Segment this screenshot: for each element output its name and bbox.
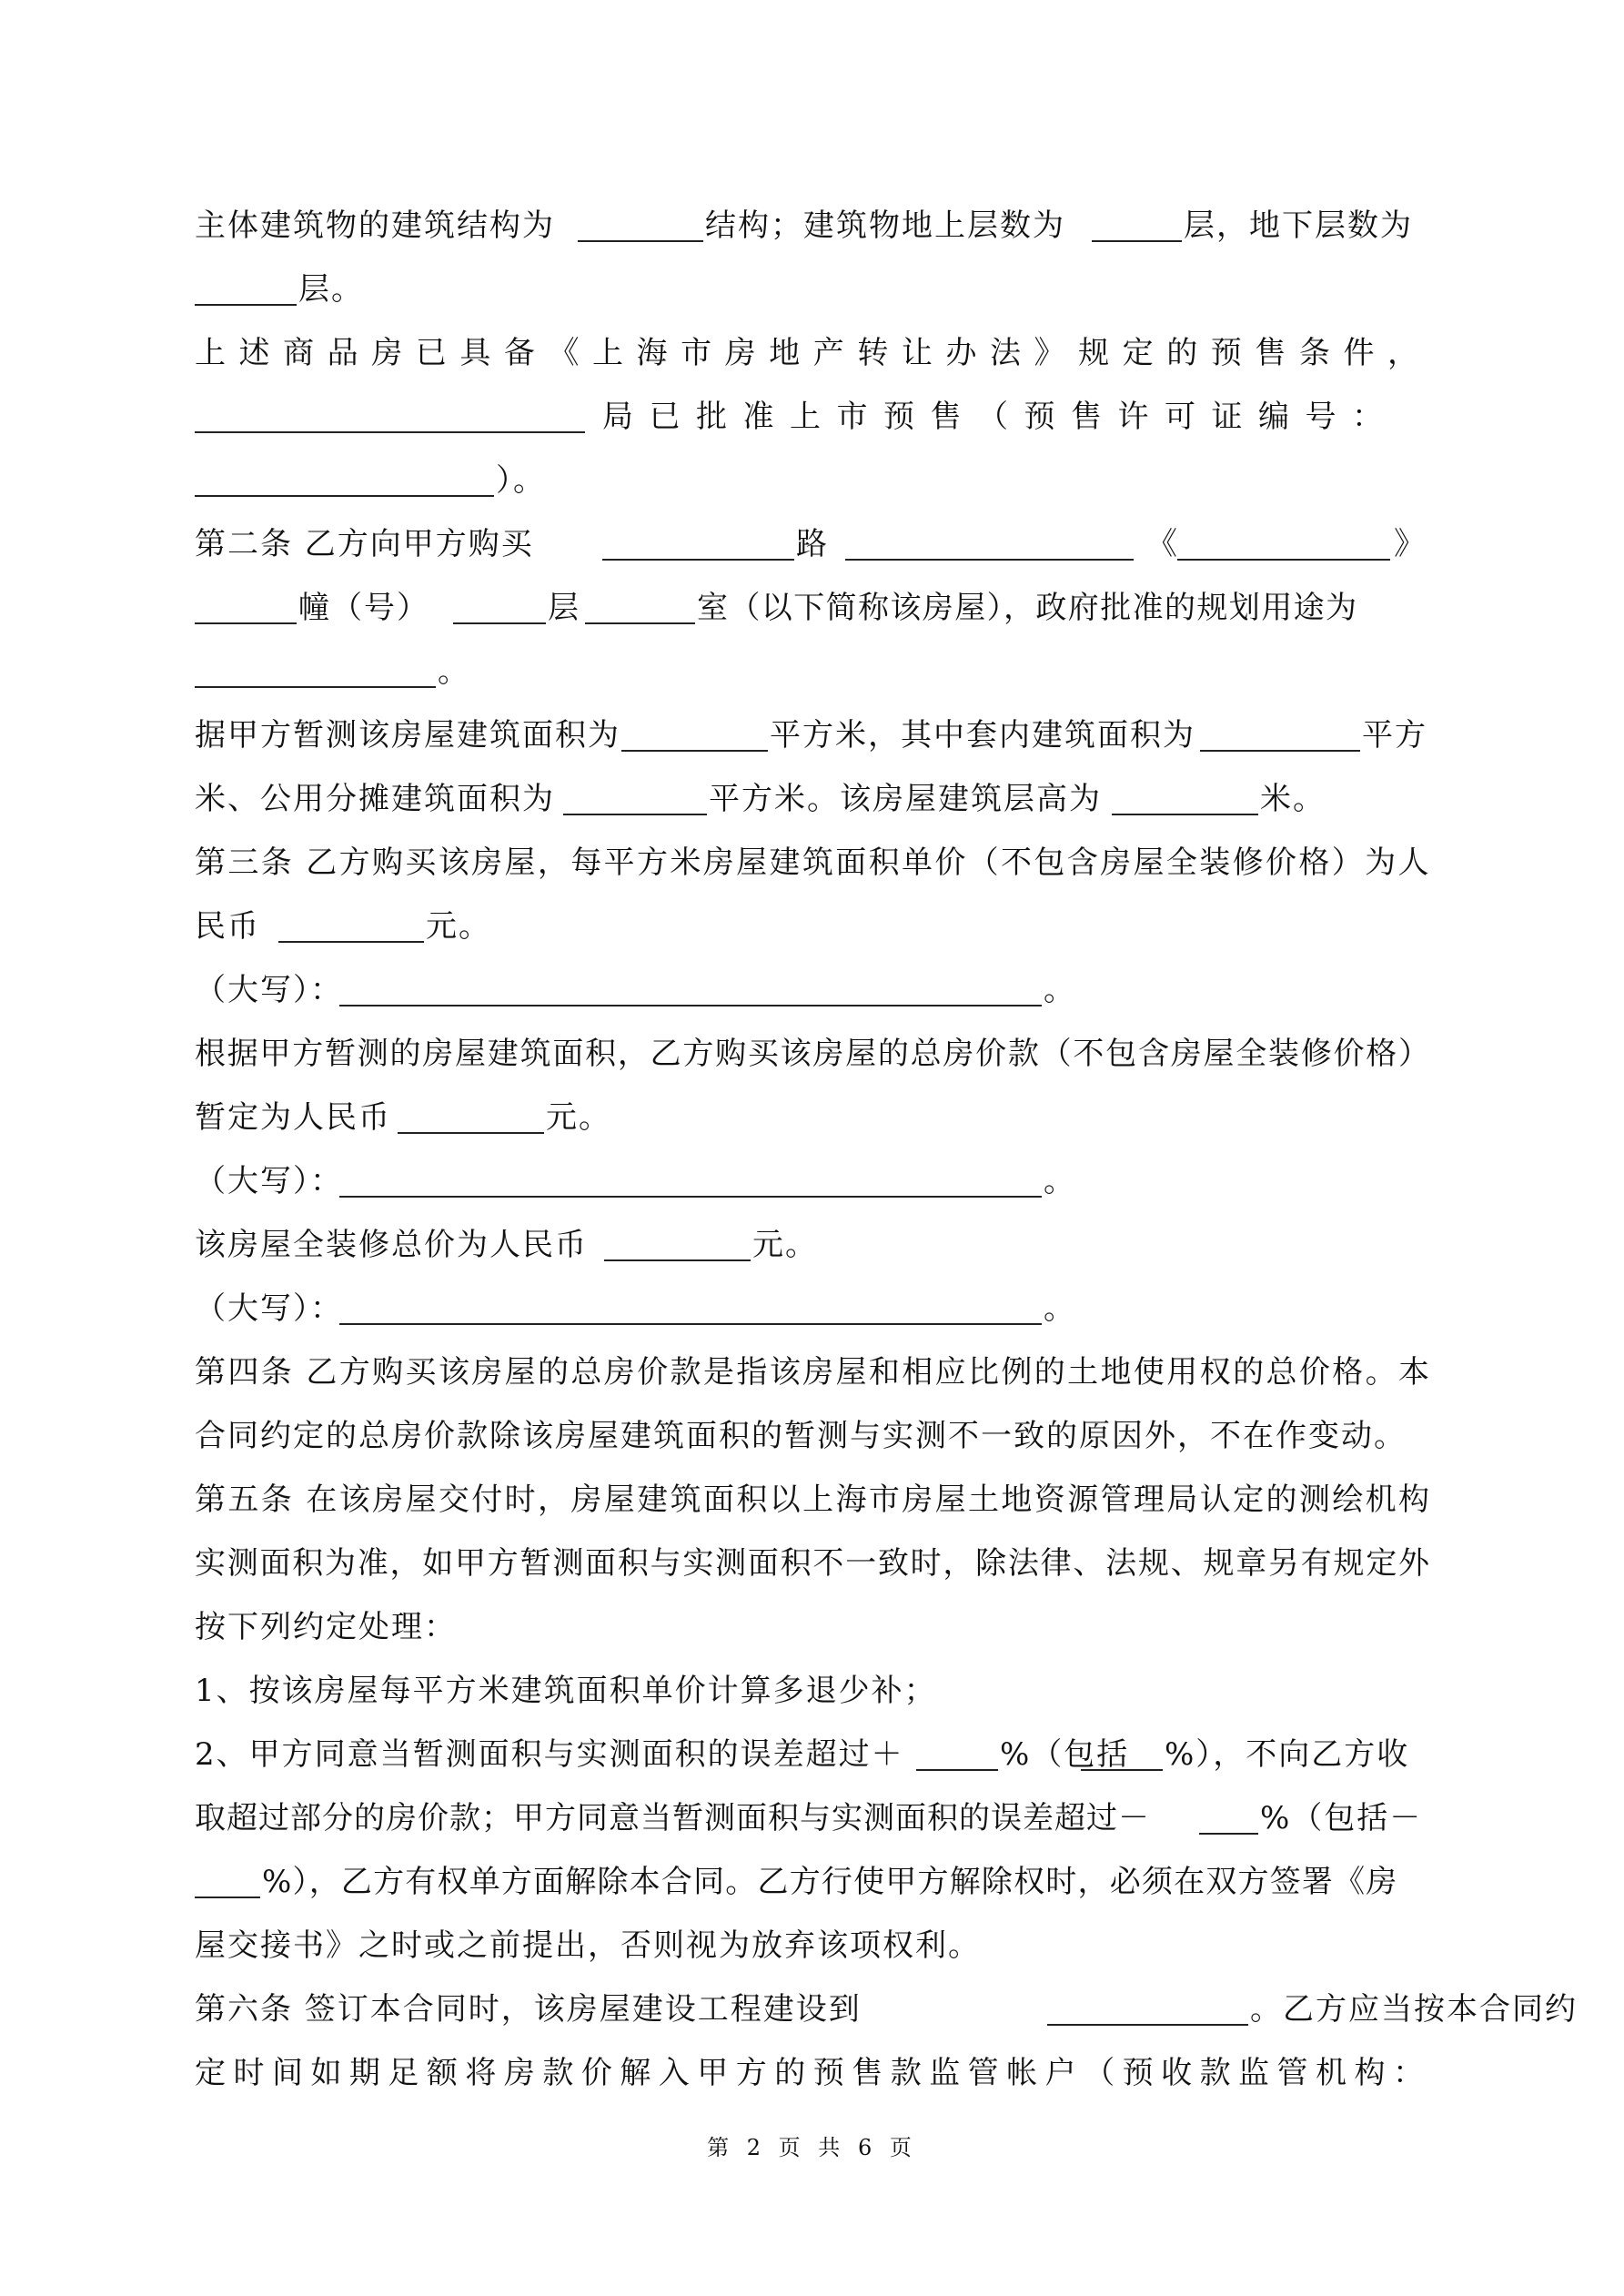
text-segment: 层，地下层数为 [1184,204,1413,248]
text-segment: 。乙方应当按本合同约 [1250,1988,1578,2031]
blank-planned-use[interactable] [195,650,436,688]
text-segment: 取超过部分的房价款；甲方同意当暂测面积与实测面积的误差超过－ [195,1796,1150,1840]
page-number-footer: 第 2 页 共 6 页 [0,2129,1624,2161]
text-segment: 屋交接书》之时或之前提出，否则视为放弃该项权利。 [195,1927,981,1964]
blank-floor[interactable] [453,586,546,624]
text-segment: 室（以下简称该房屋），政府批准的规划用途为 [697,586,1357,630]
text-line: 米、公用分摊建筑面积为 平方米。该房屋建筑层高为 米。 [195,777,1429,821]
blank-plus-tolerance-inclusive[interactable] [1081,1733,1163,1771]
text-line: 第三条 乙方购买该房屋，每平方米房屋建筑面积单价（不包含房屋全装修价格）为人 [195,841,1429,885]
text-line: ）。 [195,459,1429,502]
text-line: 定时间如期足额将房款价解入甲方的预售款监管帐户（预收款监管机构： [195,2051,1429,2095]
text-segment: 据甲方暂测该房屋建筑面积为 [195,713,620,757]
blank-plus-tolerance[interactable] [916,1733,998,1771]
text-segment: 。 [438,650,470,693]
text-segment: 幢（号） [298,586,429,630]
text-line: 暂定为人民币 元。 [195,1096,1429,1139]
blank-minus-tolerance-inclusive[interactable] [195,1860,260,1898]
text-segment: 。 [1044,1159,1076,1203]
text-line: 该房屋全装修总价为人民币 元。 [195,1223,1429,1267]
text-line: 层。 [195,268,1429,311]
blank-district[interactable] [602,522,794,561]
text-segment: 按下列约定处理： [195,1609,457,1645]
text-line: 主体建筑物的建筑结构为 结构；建筑物地上层数为 层，地下层数为 [195,204,1429,248]
text-line: 根据甲方暂测的房屋建筑面积，乙方购买该房屋的总房价款（不包含房屋全装修价格） [195,1032,1429,1076]
text-segment: 合同约定的总房价款除该房屋建筑面积的暂测与实测不一致的原因外，不在作变动。 [195,1418,1407,1454]
text-segment: 实测面积为准，如甲方暂测面积与实测面积不一致时，除法律、法规、规章另有规定外 [195,1545,1429,1582]
blank-floors-above[interactable] [1092,204,1182,242]
text-line: 1、按该房屋每平方米建筑面积单价计算多退少补； [195,1669,1429,1713]
text-segment: 民币 [195,905,260,948]
blank-unit-price[interactable] [278,905,424,943]
blank-project-name[interactable] [1177,522,1390,561]
blank-floor-height[interactable] [1112,777,1258,815]
text-segment: 元。 [546,1096,611,1139]
text-segment: 层。 [298,268,364,311]
text-line: %），乙方有权单方面解除本合同。乙方行使甲方解除权时，必须在双方签署《房 [195,1860,1429,1904]
text-segment: 元。 [426,905,491,948]
text-line: （大写）： 。 [195,968,1429,1012]
blank-inner-area[interactable] [1200,713,1360,752]
blank-minus-tolerance[interactable] [1199,1796,1258,1835]
text-segment: 暂定为人民币 [195,1096,391,1139]
text-segment: （大写）： [195,1159,343,1203]
blank-gross-area[interactable] [621,713,768,752]
blank-construction-progress[interactable] [1047,1988,1248,2026]
text-line: 2、甲方同意当暂测面积与实测面积的误差超过＋ %（包括 %），不向乙方收 [195,1733,1429,1776]
text-line: 合同约定的总房价款除该房屋建筑面积的暂测与实测不一致的原因外，不在作变动。 [195,1414,1429,1458]
text-segment: 第二条 乙方向甲方购买 [195,522,534,566]
text-line: 民币 元。 [195,905,1429,948]
text-segment: 路 [796,522,829,566]
text-segment: 第四条 乙方购买该房屋的总房价款是指该房屋和相应比例的土地使用权的总价格。本 [195,1354,1429,1391]
blank-decoration-price[interactable] [604,1223,751,1261]
text-line: 第四条 乙方购买该房屋的总房价款是指该房屋和相应比例的土地使用权的总价格。本 [195,1350,1429,1394]
text-segment: 。 [1044,968,1076,1012]
text-segment: 该房屋全装修总价为人民币 [195,1223,588,1267]
text-segment: 第五条 在该房屋交付时，房屋建筑面积以上海市房屋土地资源管理局认定的测绘机构 [195,1482,1429,1518]
text-line: 第五条 在该房屋交付时，房屋建筑面积以上海市房屋土地资源管理局认定的测绘机构 [195,1478,1429,1522]
text-segment: ）。 [496,459,546,502]
text-segment: %（包括－ [1260,1796,1422,1840]
blank-total-price-in-words[interactable] [339,1159,1042,1198]
text-segment: 局已批准上市预售（预售许可证编号： [602,395,1399,439]
text-segment: 第三条 乙方购买该房屋，每平方米房屋建筑面积单价（不包含房屋全装修价格）为人 [195,845,1429,881]
text-line: 第二条 乙方向甲方购买 路 《 》 [195,522,1429,566]
text-segment: 2、甲方同意当暂测面积与实测面积的误差超过＋ [195,1733,904,1776]
text-segment: 根据甲方暂测的房屋建筑面积，乙方购买该房屋的总房价款（不包含房屋全装修价格） [195,1036,1429,1072]
blank-presale-permit-number[interactable] [195,459,494,497]
text-segment: 定时间如期足额将房款价解入甲方的预售款监管帐户（预收款监管机构： [195,2055,1429,2091]
text-line: 按下列约定处理： [195,1605,1429,1649]
text-segment: 《 [1146,522,1179,566]
text-segment: 平方米，其中套内建筑面积为 [770,713,1195,757]
text-segment: 上述商品房已具备《上海市房地产转让办法》规定的预售条件， [195,335,1429,371]
blank-road[interactable] [845,522,1134,561]
text-line: 。 [195,650,1429,693]
blank-room[interactable] [585,586,695,624]
text-line: 第六条 签订本合同时，该房屋建设工程建设到 。乙方应当按本合同约 [195,1988,1429,2031]
text-segment: 主体建筑物的建筑结构为 [195,204,555,248]
blank-shared-area[interactable] [563,777,707,815]
blank-building-number[interactable] [195,586,297,624]
text-segment: 米、公用分摊建筑面积为 [195,777,555,821]
text-segment: 1、按该房屋每平方米建筑面积单价计算多退少补； [195,1673,937,1709]
text-segment: 平方 [1362,713,1427,757]
text-line: 幢（号） 层 室（以下简称该房屋），政府批准的规划用途为 [195,586,1429,630]
text-line: 据甲方暂测该房屋建筑面积为 平方米，其中套内建筑面积为 平方 [195,713,1429,757]
text-line: 局已批准上市预售（预售许可证编号： [195,395,1429,439]
text-segment: %），不向乙方收 [1165,1733,1409,1776]
text-line: （大写）： 。 [195,1159,1429,1203]
text-segment: 。 [1044,1287,1076,1330]
blank-total-price[interactable] [398,1096,544,1134]
text-line: 上述商品房已具备《上海市房地产转让办法》规定的预售条件， [195,331,1429,375]
text-segment: 元。 [752,1223,818,1267]
text-line: 实测面积为准，如甲方暂测面积与实测面积不一致时，除法律、法规、规章另有规定外 [195,1542,1429,1585]
text-segment: 层 [548,586,580,630]
blank-floors-below[interactable] [195,268,297,306]
text-segment: 米。 [1260,777,1326,821]
text-segment: 第六条 签订本合同时，该房屋建设工程建设到 [195,1988,862,2031]
blank-structure-type[interactable] [578,204,703,242]
text-segment: 平方米。该房屋建筑层高为 [709,777,1102,821]
text-segment: 》 [1394,522,1427,566]
text-line: 取超过部分的房价款；甲方同意当暂测面积与实测面积的误差超过－ %（包括－ [195,1796,1429,1840]
blank-approving-bureau[interactable] [195,395,585,433]
blank-unit-price-in-words[interactable] [339,968,1042,1006]
text-segment: （大写）： [195,968,343,1012]
text-line: 屋交接书》之时或之前提出，否则视为放弃该项权利。 [195,1924,1429,1967]
blank-decoration-price-in-words[interactable] [339,1287,1042,1325]
text-segment: %），乙方有权单方面解除本合同。乙方行使甲方解除权时，必须在双方签署《房 [262,1860,1398,1904]
text-segment: 结构；建筑物地上层数为 [705,204,1065,248]
text-line: （大写）： 。 [195,1287,1429,1330]
text-segment: （大写）： [195,1287,343,1330]
